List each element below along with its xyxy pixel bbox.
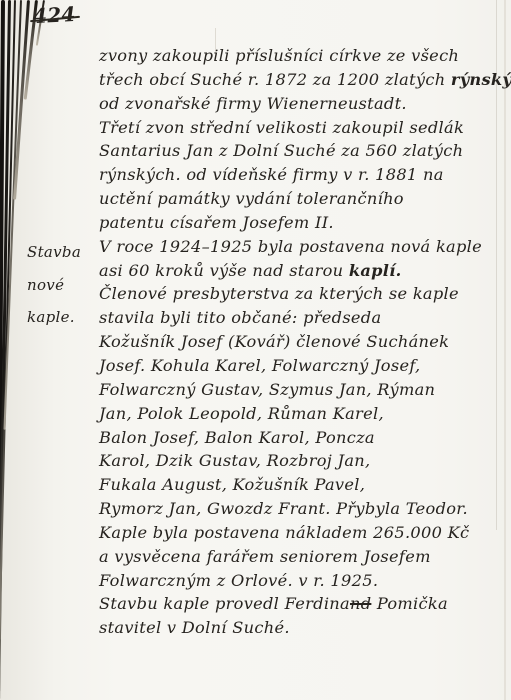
handwritten-line: uctění památky vydání tolerančního <box>99 187 509 211</box>
handwritten-line: Stavbu kaple provedl Ferdinand Pomička <box>99 592 509 616</box>
handwritten-line: Kaple byla postavena nákladem 265.000 Kč <box>99 521 509 545</box>
handwritten-line: zvony zakoupili příslušníci církve ze vš… <box>99 44 509 68</box>
handwritten-line: třech obcí Suché r. 1872 za 1200 zlatých… <box>99 68 509 92</box>
handwritten-line: a vysvěcena farářem seniorem Josefem <box>99 545 509 569</box>
line-text-darker-ink: rýnských <box>451 70 511 89</box>
handwritten-line: Jan, Polok Leopold, Růman Karel, <box>99 402 509 426</box>
handwritten-body: zvony zakoupili příslušníci církve ze vš… <box>99 44 509 640</box>
line-text: třech obcí Suché r. 1872 za 1200 zlatých <box>99 70 451 89</box>
line-text: asi 60 kroků výše nad starou <box>99 261 349 280</box>
margin-note-line: kaple. <box>27 301 81 334</box>
handwritten-line: Folwarczný Gustav, Szymus Jan, Rýman <box>99 378 509 402</box>
margin-note-line: nové <box>27 269 81 302</box>
margin-note-line: Stavba <box>27 236 81 269</box>
handwritten-line: rýnských. od vídeňské firmy v r. 1881 na <box>99 163 509 187</box>
line-text: Stavbu kaple provedl Ferdina <box>99 594 350 613</box>
handwritten-line: asi 60 kroků výše nad starou kaplí. <box>99 259 509 283</box>
handwritten-line: Členové presbyterstva za kterých se kapl… <box>99 282 509 306</box>
handwritten-line: Karol, Dzik Gustav, Rozbroj Jan, <box>99 449 509 473</box>
handwritten-line: Folwarczným z Orlové. v r. 1925. <box>99 569 509 593</box>
handwritten-line: stavila byli tito občané: předseda <box>99 306 509 330</box>
handwritten-line: od zvonařské firmy Wienerneustadt. <box>99 92 509 116</box>
handwritten-line: V roce 1924–1925 byla postavena nová kap… <box>99 235 509 259</box>
line-text-darker-ink: kaplí. <box>349 261 402 280</box>
handwritten-line: patentu císařem Josefem II. <box>99 211 509 235</box>
handwritten-line: Santarius Jan z Dolní Suché za 560 zlatý… <box>99 139 509 163</box>
handwritten-line: Balon Josef, Balon Karol, Poncza <box>99 426 509 450</box>
chronicle-page: 424 Stavba nové kaple. zvony zakoupili p… <box>0 0 511 700</box>
margin-note: Stavba nové kaple. <box>27 236 81 334</box>
handwritten-line: Třetí zvon střední velikosti zakoupil se… <box>99 116 509 140</box>
handwritten-line: Rymorz Jan, Gwozdz Frant. Přybyla Teodor… <box>99 497 509 521</box>
handwritten-line: Josef. Kohula Karel, Folwarczný Josef, <box>99 354 509 378</box>
line-text: Pomička <box>371 594 448 613</box>
handwritten-line: stavitel v Dolní Suché. <box>99 616 509 640</box>
page-number: 424 <box>32 2 76 28</box>
handwritten-line: Fukala August, Kožušník Pavel, <box>99 473 509 497</box>
handwritten-line: Kožušník Josef (Kovář) členové Suchánek <box>99 330 509 354</box>
crossed-out-text: nd <box>350 594 371 613</box>
